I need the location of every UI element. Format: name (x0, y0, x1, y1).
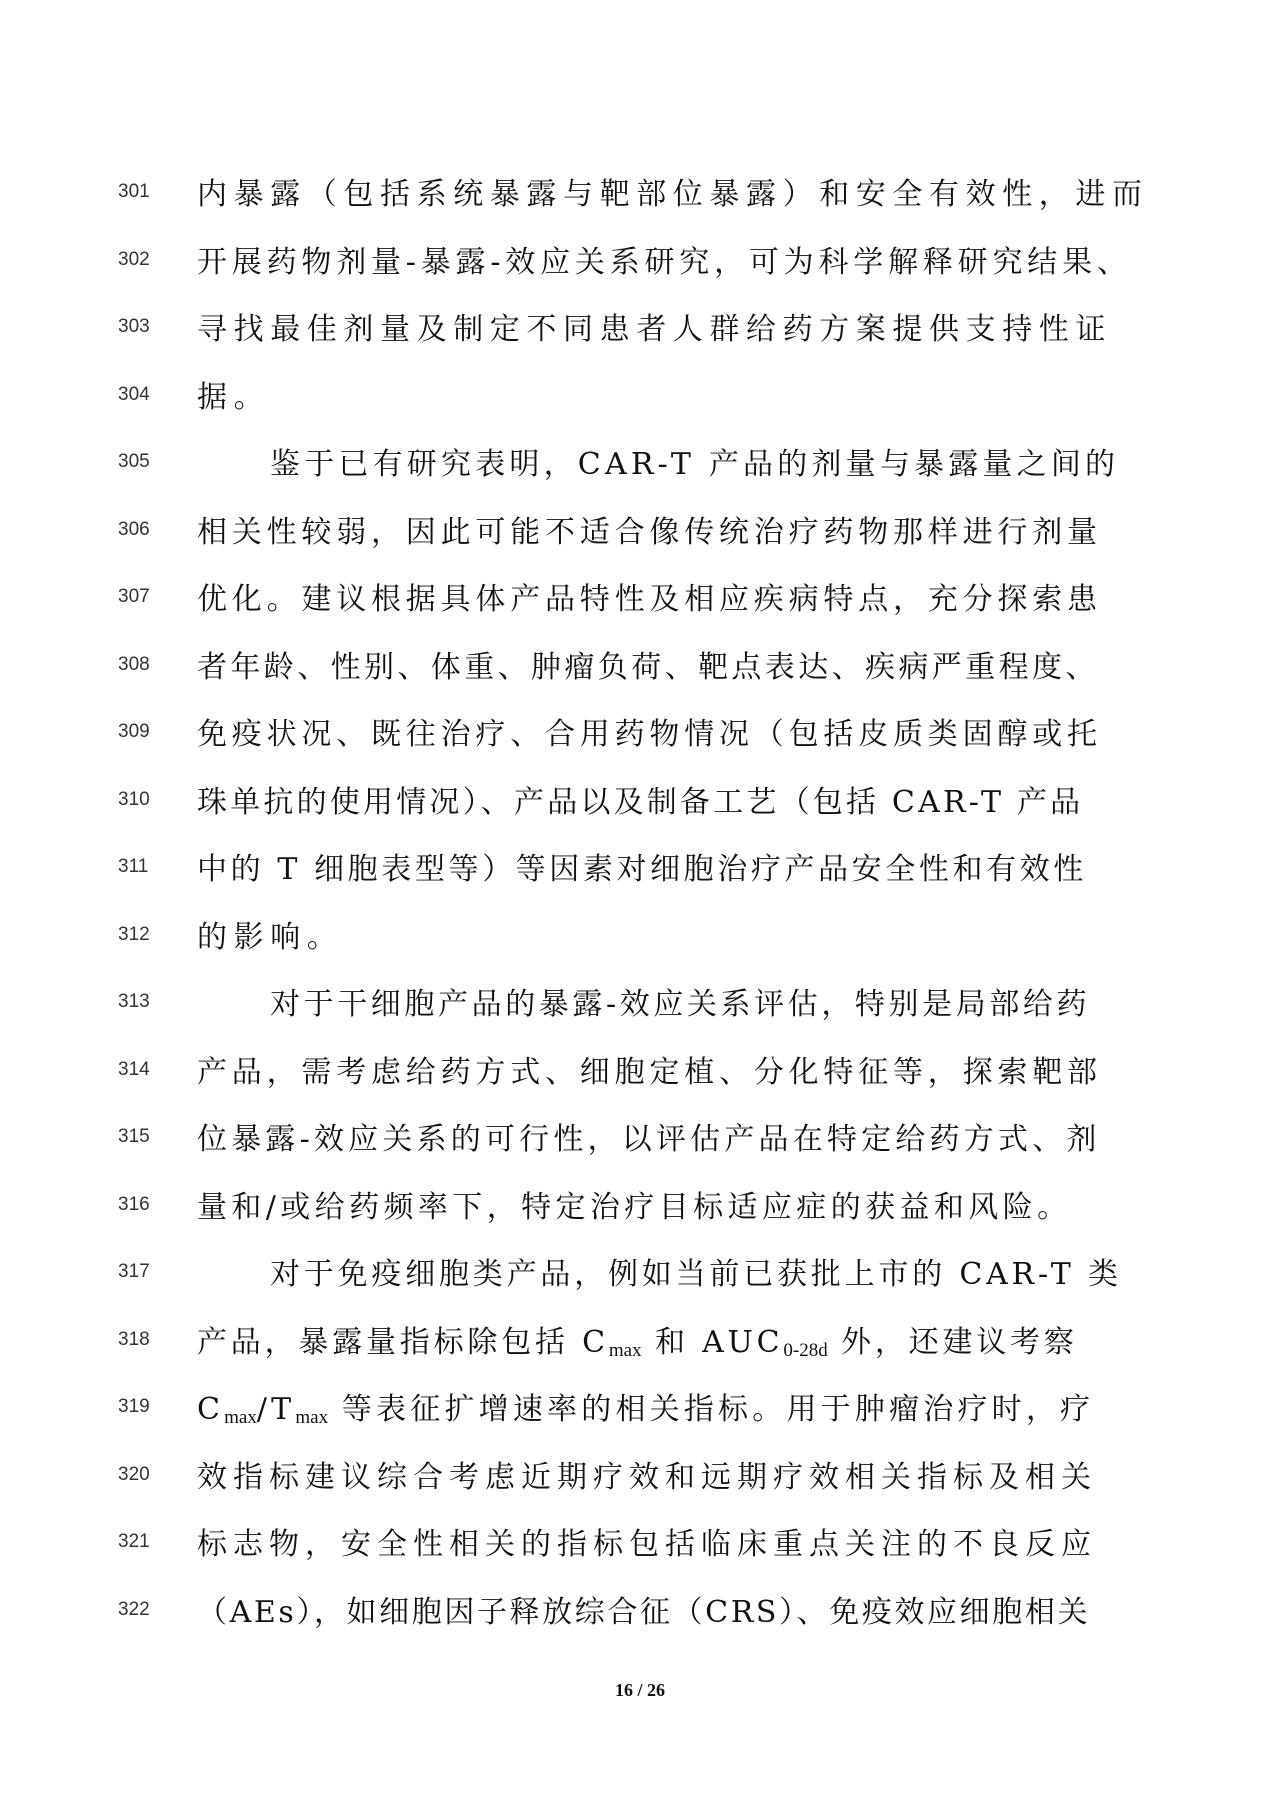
line-number: 316 (118, 1194, 150, 1216)
line-number: 304 (118, 384, 150, 406)
text-line: 319 Cmax/Tmax 等表征扩增速率的相关指标。用于肿瘤治疗时，疗 (0, 1378, 1280, 1446)
text-line: 304 据。 (0, 366, 1280, 434)
line-number: 321 (118, 1531, 150, 1553)
text-line: 308 者年龄、性别、体重、肿瘤负荷、靶点表达、疾病严重程度、 (0, 636, 1280, 704)
text-line: 305 鉴于已有研究表明，CAR-T 产品的剂量与暴露量之间的 (0, 433, 1280, 501)
line-number: 317 (118, 1261, 150, 1283)
text-line: 309 免疫状况、既往治疗、合用药物情况（包括皮质类固醇或托 (0, 703, 1280, 771)
line-text: 寻找最佳剂量及制定不同患者人群给药方案提供支持性证 (197, 304, 1087, 348)
line-number: 322 (118, 1599, 150, 1621)
text-line: 318 产品，暴露量指标除包括 Cmax 和 AUC0-28d 外，还建议考察 (0, 1311, 1280, 1379)
line-number: 307 (118, 586, 150, 608)
text-line: 303 寻找最佳剂量及制定不同患者人群给药方案提供支持性证 (0, 298, 1280, 366)
line-text: 效指标建议综合考虑近期疗效和远期疗效相关指标及相关 (197, 1452, 1087, 1496)
text-line: 314 产品，需考虑给药方式、细胞定植、分化特征等，探索靶部 (0, 1041, 1280, 1109)
line-text: 珠单抗的使用情况）、产品以及制备工艺（包括 CAR-T 产品 (197, 777, 1087, 821)
line-number: 318 (118, 1329, 150, 1351)
line-text: （AEs），如细胞因子释放综合征（CRS）、免疫效应细胞相关 (197, 1587, 1087, 1631)
line-text: 产品，需考虑给药方式、细胞定植、分化特征等，探索靶部 (197, 1047, 1087, 1091)
line-number: 314 (118, 1059, 150, 1081)
line-text: 者年龄、性别、体重、肿瘤负荷、靶点表达、疾病严重程度、 (197, 642, 1087, 686)
line-text: 开展药物剂量-暴露-效应关系研究，可为科学解释研究结果、 (197, 237, 1087, 281)
text-line: 302 开展药物剂量-暴露-效应关系研究，可为科学解释研究结果、 (0, 231, 1280, 299)
line-number: 308 (118, 654, 150, 676)
text-line: 312 的影响。 (0, 906, 1280, 974)
line-number: 306 (118, 519, 150, 541)
line-text: 标志物，安全性相关的指标包括临床重点关注的不良反应 (197, 1519, 1087, 1563)
text-line: 315 位暴露-效应关系的可行性，以评估产品在特定给药方式、剂 (0, 1108, 1280, 1176)
text-line: 317 对于免疫细胞类产品，例如当前已获批上市的 CAR-T 类 (0, 1243, 1280, 1311)
document-page: 301 内暴露（包括系统暴露与靶部位暴露）和安全有效性，进而 302 开展药物剂… (0, 0, 1280, 1810)
line-text: 对于干细胞产品的暴露-效应关系评估，特别是局部给药 (270, 979, 1087, 1023)
line-text: 产品，暴露量指标除包括 Cmax 和 AUC0-28d 外，还建议考察 (197, 1317, 1087, 1362)
line-text: 中的 T 细胞表型等）等因素对细胞治疗产品安全性和有效性 (197, 844, 1087, 888)
line-number: 310 (118, 789, 150, 811)
text-line: 316 量和/或给药频率下，特定治疗目标适应症的获益和风险。 (0, 1176, 1280, 1244)
text-line: 311 中的 T 细胞表型等）等因素对细胞治疗产品安全性和有效性 (0, 838, 1280, 906)
line-number: 309 (118, 721, 150, 743)
page-number: 16 / 26 (0, 1680, 1280, 1701)
text-line: 301 内暴露（包括系统暴露与靶部位暴露）和安全有效性，进而 (0, 163, 1280, 231)
text-line: 322 （AEs），如细胞因子释放综合征（CRS）、免疫效应细胞相关 (0, 1581, 1280, 1649)
text-line: 320 效指标建议综合考虑近期疗效和远期疗效相关指标及相关 (0, 1446, 1280, 1514)
line-text: 量和/或给药频率下，特定治疗目标适应症的获益和风险。 (197, 1182, 1087, 1226)
line-number: 305 (118, 451, 150, 473)
line-number: 319 (118, 1396, 150, 1418)
line-number: 320 (118, 1464, 150, 1486)
line-text: 的影响。 (197, 912, 1087, 956)
line-number: 312 (118, 924, 150, 946)
line-text: Cmax/Tmax 等表征扩增速率的相关指标。用于肿瘤治疗时，疗 (197, 1384, 1087, 1429)
line-number: 303 (118, 316, 150, 338)
line-text: 鉴于已有研究表明，CAR-T 产品的剂量与暴露量之间的 (270, 439, 1087, 483)
text-line: 306 相关性较弱，因此可能不适合像传统治疗药物那样进行剂量 (0, 501, 1280, 569)
text-line: 313 对于干细胞产品的暴露-效应关系评估，特别是局部给药 (0, 973, 1280, 1041)
text-line: 310 珠单抗的使用情况）、产品以及制备工艺（包括 CAR-T 产品 (0, 771, 1280, 839)
line-text: 优化。建议根据具体产品特性及相应疾病特点，充分探索患 (197, 574, 1087, 618)
text-line: 307 优化。建议根据具体产品特性及相应疾病特点，充分探索患 (0, 568, 1280, 636)
line-number: 313 (118, 991, 150, 1013)
line-number: 302 (118, 249, 150, 271)
line-text: 免疫状况、既往治疗、合用药物情况（包括皮质类固醇或托 (197, 709, 1087, 753)
line-text: 据。 (197, 372, 1087, 416)
line-text: 对于免疫细胞类产品，例如当前已获批上市的 CAR-T 类 (270, 1249, 1087, 1293)
line-number: 315 (118, 1126, 150, 1148)
line-text: 位暴露-效应关系的可行性，以评估产品在特定给药方式、剂 (197, 1114, 1087, 1158)
text-line: 321 标志物，安全性相关的指标包括临床重点关注的不良反应 (0, 1513, 1280, 1581)
line-number: 301 (118, 181, 150, 203)
line-number: 311 (118, 856, 148, 878)
line-text: 相关性较弱，因此可能不适合像传统治疗药物那样进行剂量 (197, 507, 1087, 551)
line-text: 内暴露（包括系统暴露与靶部位暴露）和安全有效性，进而 (197, 169, 1087, 213)
